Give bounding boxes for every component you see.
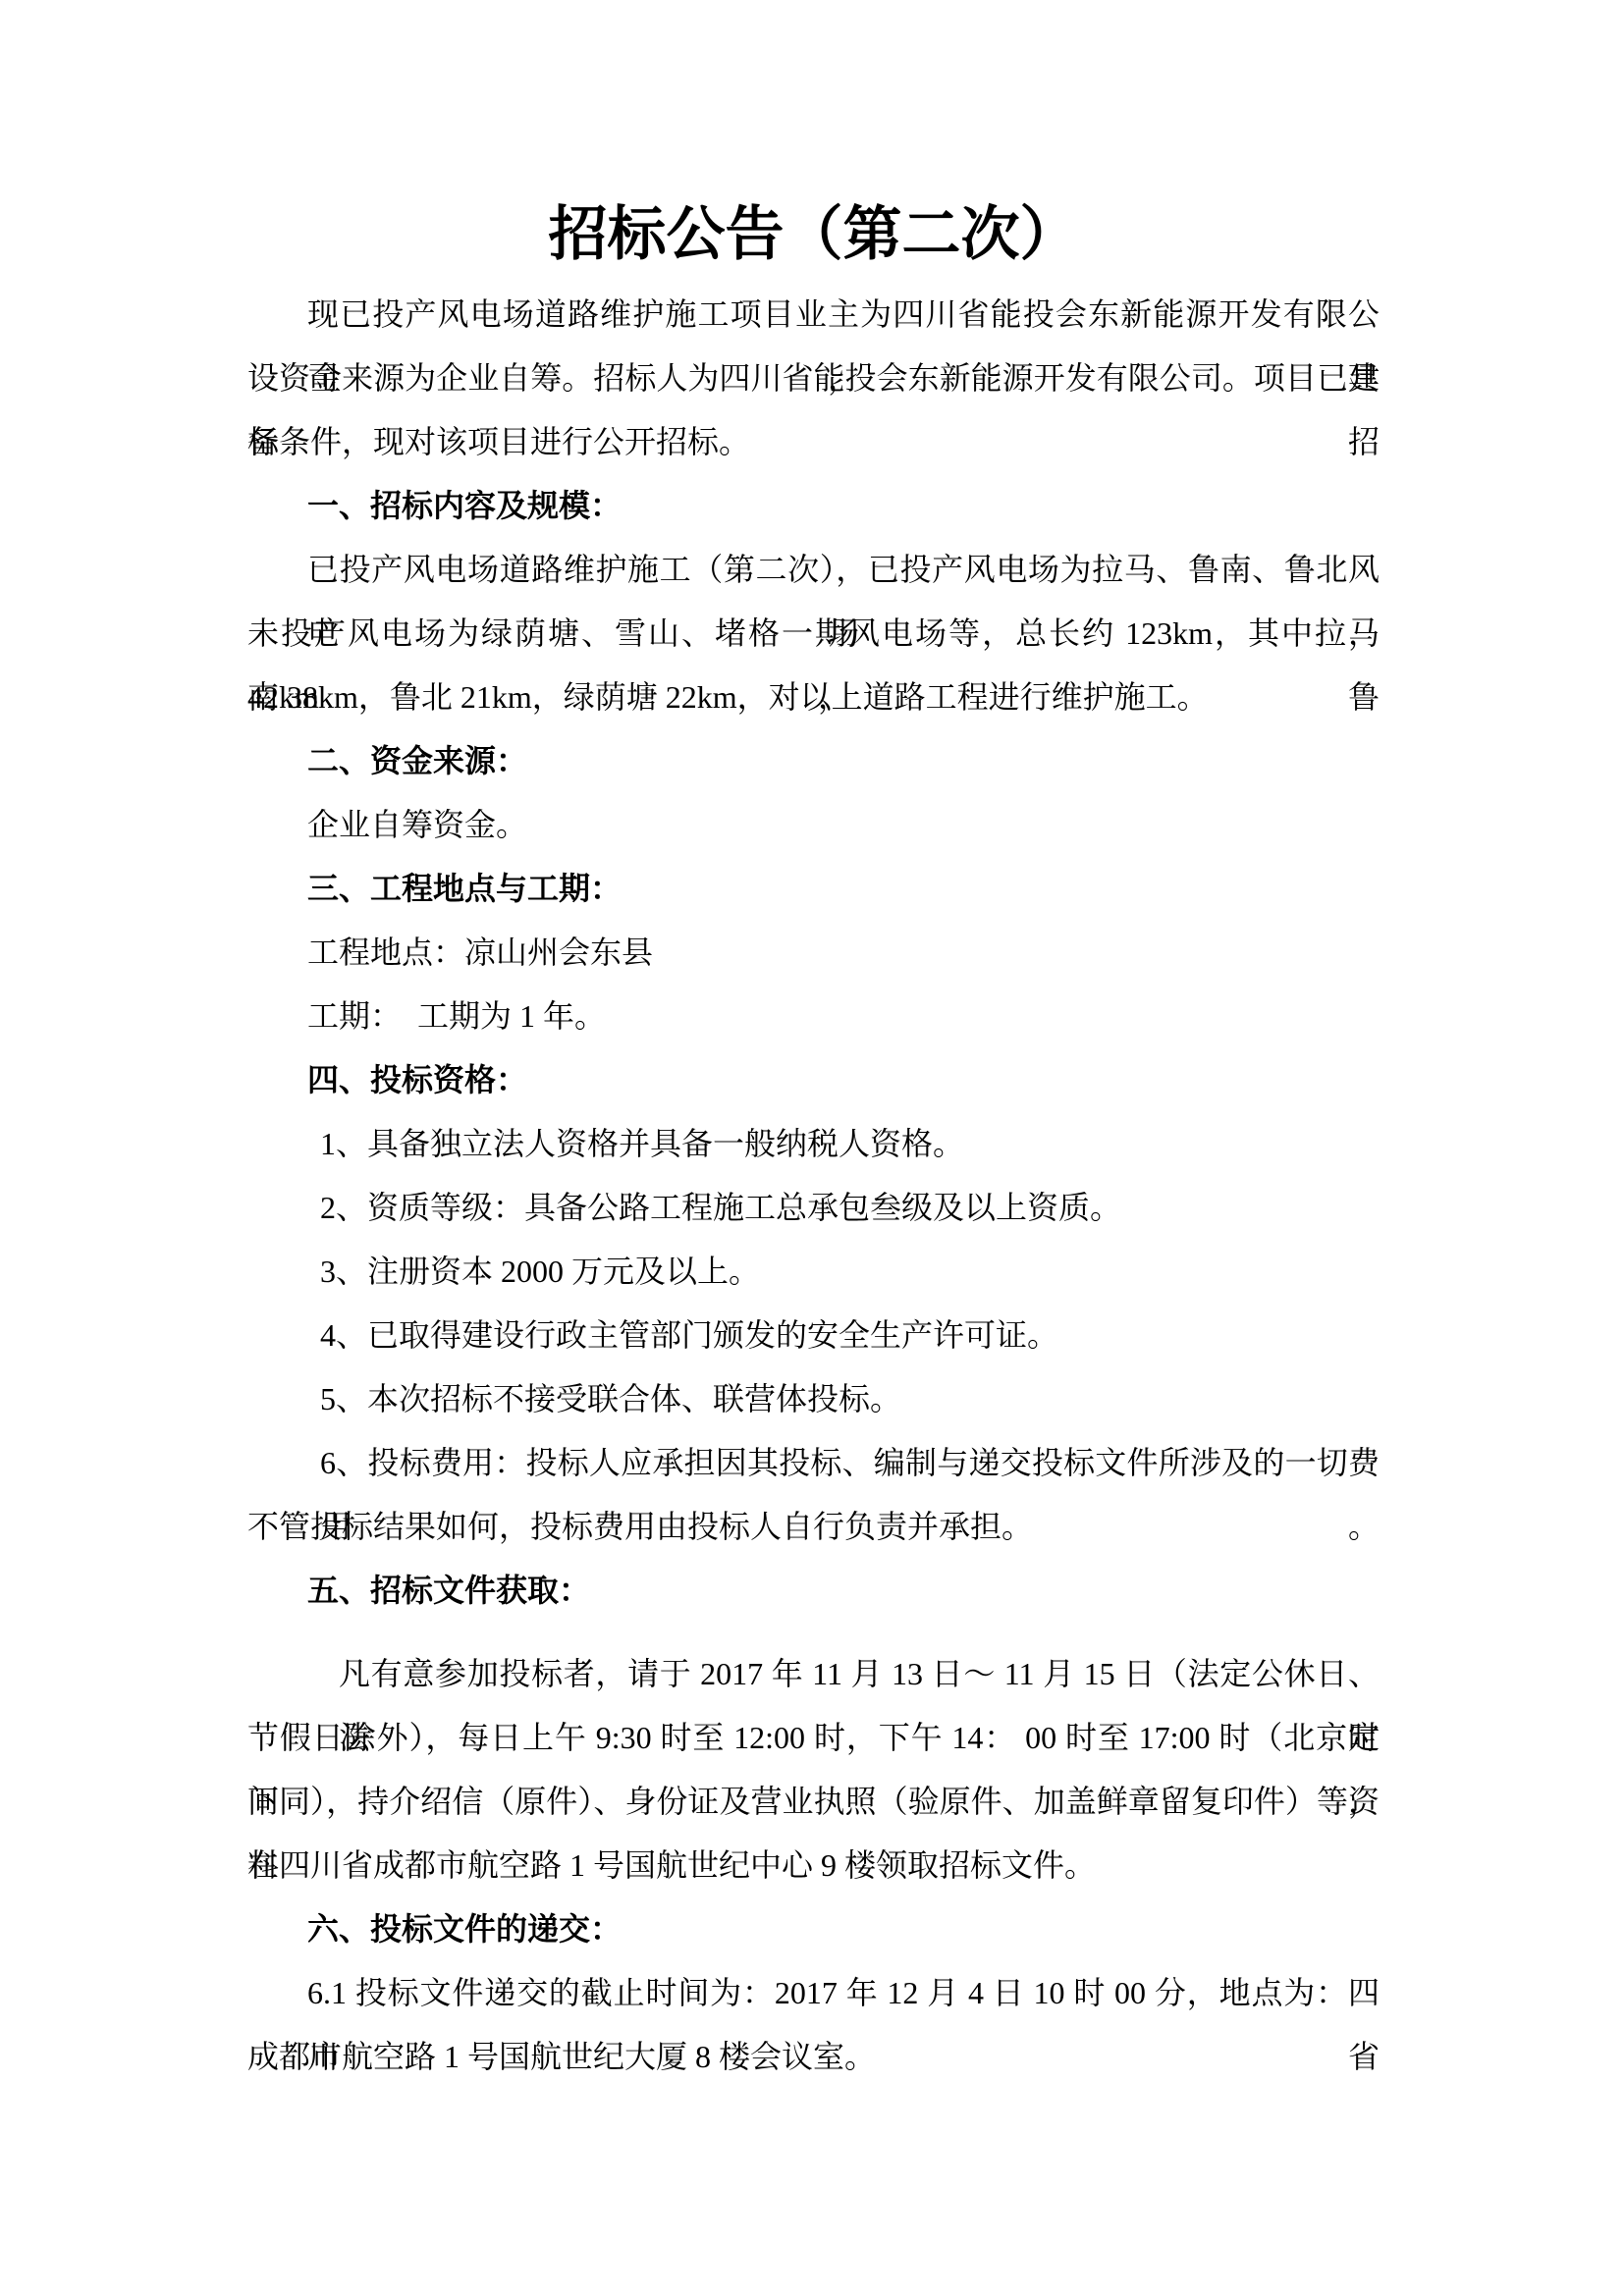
section5-line-3: 下同），持介绍信（原件）、身份证及营业执照（验原件、加盖鲜章留复印件）等资料 (247, 1770, 1380, 1834)
section5-line-2: 节假日除外），每日上午 9:30 时至 12:00 时，下午 14： 00 时至… (247, 1706, 1380, 1770)
section3-heading: 三、工程地点与工期： (247, 857, 1380, 921)
section1-heading: 一、招标内容及规模： (247, 474, 1380, 538)
section3-duration-line: 工期： 工期为 1 年。 (247, 985, 1380, 1048)
document-page: 招标公告（第二次） 现已投产风电场道路维护施工项目业主为四川省能投会东新能源开发… (0, 0, 1624, 2296)
section2-heading: 二、资金来源： (247, 729, 1380, 793)
document-content: 招标公告（第二次） 现已投产风电场道路维护施工项目业主为四川省能投会东新能源开发… (247, 187, 1380, 2089)
section1-line-2: 未投产风电场为绿荫塘、雪山、堵格一期风电场等，总长约 123km，其中拉马 42… (247, 602, 1380, 666)
section4-heading: 四、投标资格： (247, 1048, 1380, 1112)
section6-heading: 六、投标文件的递交： (247, 1897, 1380, 1961)
section3-location-line: 工程地点：凉山州会东县 (247, 921, 1380, 985)
section4-item-6-line-1: 6、投标费用：投标人应承担因其投标、编制与递交投标文件所涉及的一切费用。 (247, 1431, 1380, 1495)
intro-line-2: 设资金来源为企业自筹。招标人为四川省能投会东新能源开发有限公司。项目已具备招 (247, 347, 1380, 410)
section4-item-4: 4、已取得建设行政主管部门颁发的安全生产许可证。 (247, 1304, 1380, 1367)
section4-item-5: 5、本次招标不接受联合体、联营体投标。 (247, 1367, 1380, 1431)
section4-item-3: 3、注册资本 2000 万元及以上。 (247, 1240, 1380, 1304)
section1-line-1: 已投产风电场道路维护施工（第二次），已投产风电场为拉马、鲁南、鲁北风电场， (247, 538, 1380, 602)
intro-line-1: 现已投产风电场道路维护施工项目业主为四川省能投会东新能源开发有限公司，建 (247, 283, 1380, 347)
section5-line-1: 凡有意参加投标者，请于 2017 年 11 月 13 日～ 11 月 15 日（… (247, 1642, 1380, 1706)
section6-line-1: 6.1 投标文件递交的截止时间为：2017 年 12 月 4 日 10 时 00… (247, 1961, 1380, 2025)
section5-heading: 五、招标文件获取： (247, 1559, 1380, 1623)
section2-line-1: 企业自筹资金。 (247, 793, 1380, 857)
section4-item-1: 1、具备独立法人资格并具备一般纳税人资格。 (247, 1112, 1380, 1176)
section5-line-4: 在四川省成都市航空路 1 号国航世纪中心 9 楼领取招标文件。 (247, 1834, 1380, 1897)
doc-title: 招标公告（第二次） (247, 187, 1380, 283)
section4-item-2: 2、资质等级：具备公路工程施工总承包叁级及以上资质。 (247, 1176, 1380, 1240)
